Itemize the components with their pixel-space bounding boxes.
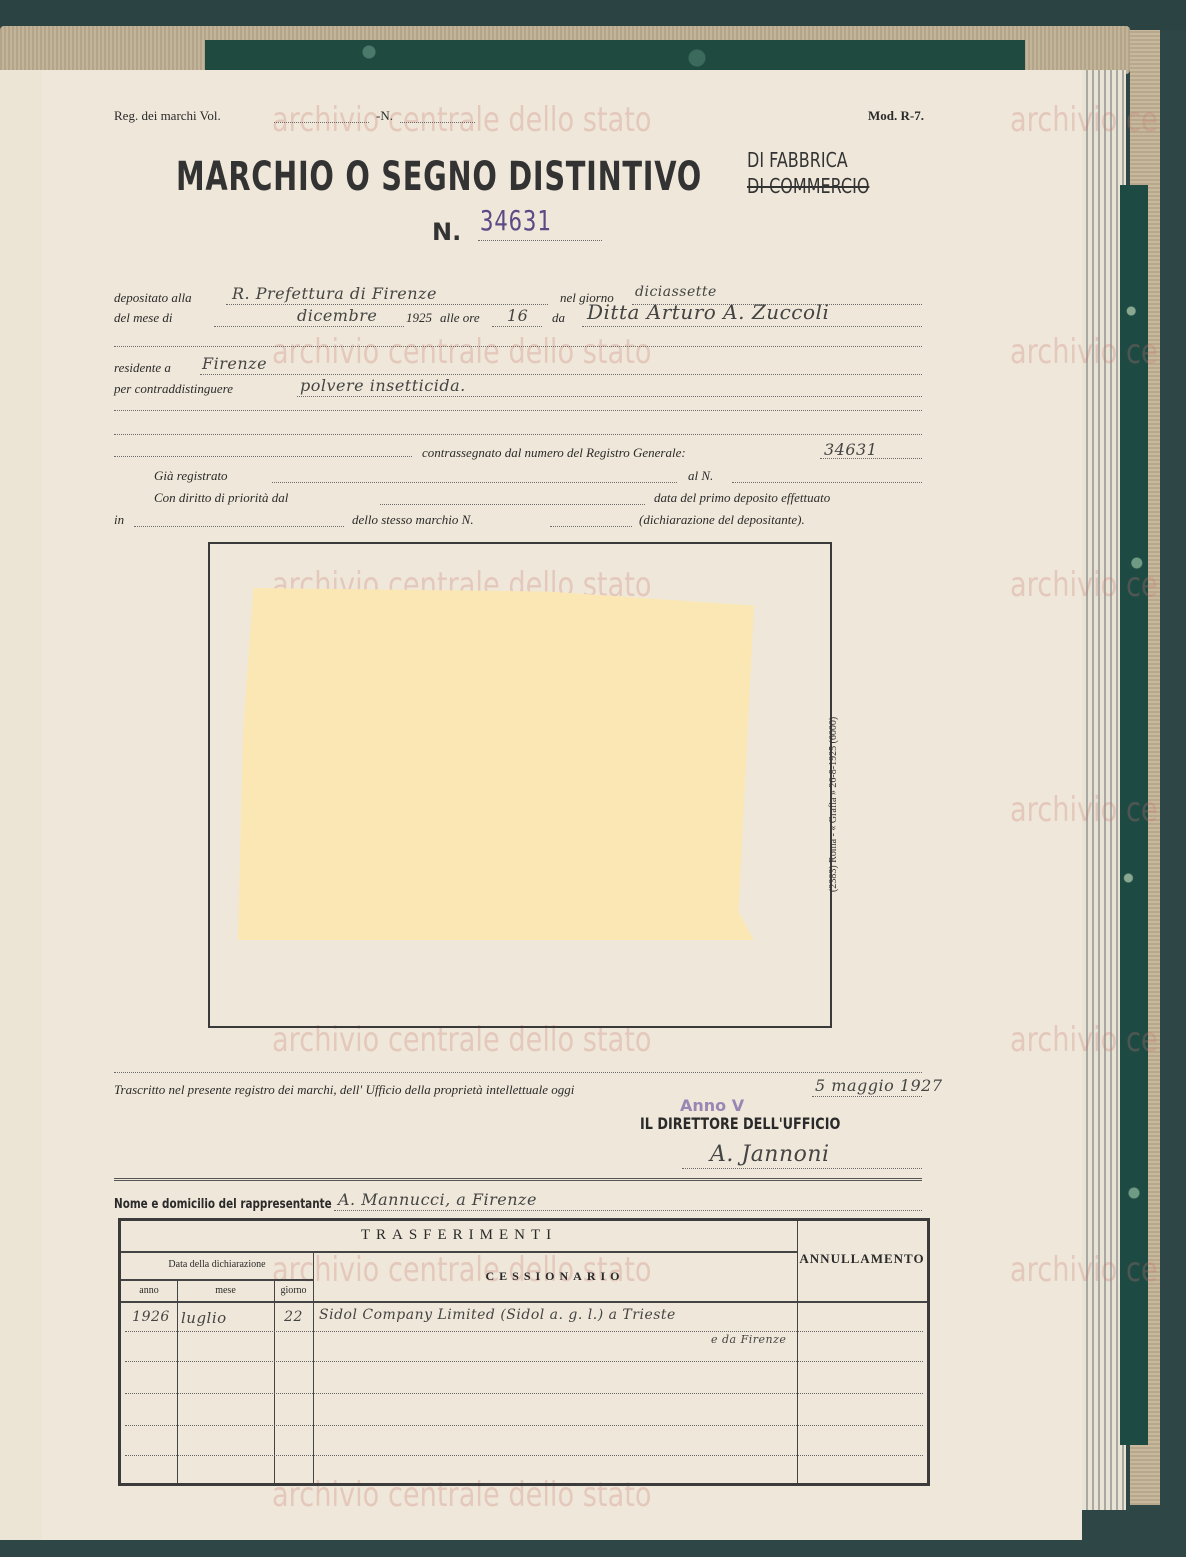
residence-label: residente a	[114, 360, 171, 376]
date-group-label: Data della dichiarazione	[121, 1259, 313, 1270]
column-anno: anno	[121, 1285, 177, 1296]
row-giorno: 22	[274, 1309, 313, 1325]
field-line	[820, 458, 922, 459]
month-label: del mese di	[114, 310, 172, 326]
row-rule	[125, 1331, 923, 1332]
purpose-value: polvere insetticida.	[300, 376, 466, 395]
watermark: archivio centrale dello stato	[272, 332, 652, 372]
field-line	[214, 326, 404, 327]
mark-number: 34631	[480, 204, 551, 237]
first-deposit-label: data del primo deposito effettuato	[654, 490, 830, 506]
general-register-number: 34631	[824, 440, 877, 459]
watermark: archivio centrale dello stato	[272, 100, 652, 140]
row-rule	[125, 1393, 923, 1394]
field-line	[226, 304, 548, 305]
priority-field	[380, 504, 645, 505]
priority-label: Con diritto di priorità dal	[154, 490, 288, 506]
hour-label: alle ore	[440, 310, 480, 326]
column-giorno: giorno	[274, 1285, 313, 1296]
field-line	[200, 374, 922, 375]
signature-line	[682, 1168, 922, 1169]
column-mese: mese	[177, 1285, 274, 1296]
field-line	[582, 326, 922, 327]
general-register-label: contrassegnato dal numero del Registro G…	[422, 445, 686, 461]
number-label: N.	[432, 218, 461, 246]
n-label: -N.	[376, 108, 393, 124]
header-bottom-rule	[121, 1301, 927, 1303]
model-code: Mod. R-7.	[868, 108, 924, 124]
column-annullamento: ANNULLAMENTO	[797, 1251, 927, 1267]
register-page: archivio centrale dello stato archivio c…	[42, 70, 1082, 1540]
same-mark-field	[550, 526, 632, 527]
al-n-label: al N.	[688, 468, 713, 484]
director-signature: A. Jannoni	[710, 1142, 830, 1167]
already-registered-field	[272, 482, 677, 483]
representative-value: A. Mannucci, a Firenze	[338, 1190, 537, 1209]
mark-number-underline	[478, 240, 602, 241]
transcription-date: 5 maggio 1927	[815, 1076, 943, 1095]
representative-label: Nome e domicilio del rappresentante	[114, 1197, 332, 1212]
row-cessionario: Sidol Company Limited (Sidol a. g. l.) a…	[319, 1307, 797, 1323]
anno-stamp: Anno V	[680, 1096, 744, 1115]
n-field	[400, 122, 475, 123]
transcription-text: Trascritto nel presente registro dei mar…	[114, 1082, 574, 1098]
row-rule	[125, 1425, 923, 1426]
field-line	[297, 396, 922, 397]
hour-value: 16	[507, 306, 528, 325]
field-line	[492, 326, 542, 327]
row-cessionario-continued: e da Firenze	[711, 1333, 786, 1346]
page-stack-edges	[1076, 70, 1126, 1510]
transfers-table: TRASFERIMENTI Data della dichiarazione a…	[118, 1218, 930, 1486]
column-cessionario: CESSIONARIO	[313, 1269, 797, 1284]
title-option-commercio: DI COMMERCIO	[747, 174, 869, 198]
in-label: in	[114, 512, 124, 528]
deposited-at-value: R. Prefettura di Firenze	[232, 284, 437, 303]
year-value: 1925	[406, 310, 432, 326]
row-anno: 1926	[125, 1309, 177, 1325]
printer-note: (2383) Roma - « Grafia » 26-8-1925 (6000…	[828, 717, 839, 892]
day-value: diciassette	[635, 284, 717, 300]
volume-field	[274, 122, 369, 123]
residence-value: Firenze	[202, 354, 267, 373]
facing-page	[0, 70, 44, 1540]
month-value: dicembre	[297, 306, 377, 325]
field-line	[114, 1072, 922, 1073]
same-mark-label: dello stesso marchio N.	[352, 512, 474, 528]
by-label: da	[552, 310, 565, 326]
mark-specimen-paper	[238, 588, 754, 940]
register-volume-label: Reg. dei marchi Vol.	[114, 108, 221, 124]
marbled-cover-top	[205, 40, 1025, 70]
purpose-label: per contraddistinguere	[114, 381, 233, 397]
depositor-value: Ditta Arturo A. Zuccoli	[587, 300, 829, 324]
page-title: MARCHIO O SEGNO DISTINTIVO	[176, 154, 702, 200]
al-n-field	[732, 482, 922, 483]
column-divider	[313, 1253, 314, 1483]
declaration-label: (dichiarazione del depositante).	[639, 512, 805, 528]
field-line	[334, 1210, 922, 1211]
field-line	[114, 434, 922, 435]
in-field	[134, 526, 344, 527]
row-rule	[125, 1361, 923, 1362]
deposited-at-label: depositato alla	[114, 290, 192, 306]
director-label: IL DIRETTORE DELL'UFFICIO	[640, 1114, 840, 1133]
field-line	[114, 410, 922, 411]
row-rule	[125, 1455, 923, 1456]
field-line	[114, 456, 412, 457]
mark-specimen-box	[208, 542, 832, 1028]
row-mese: luglio	[181, 1309, 274, 1327]
already-registered-label: Già registrato	[154, 468, 228, 484]
row-divider	[121, 1251, 797, 1253]
section-divider	[114, 1178, 922, 1181]
column-divider	[177, 1281, 178, 1483]
field-line	[812, 1096, 922, 1097]
marbled-cover-right	[1120, 185, 1148, 1445]
transfers-title: TRASFERIMENTI	[121, 1227, 797, 1244]
title-option-fabbrica: DI FABBRICA	[747, 148, 848, 172]
field-line	[114, 346, 922, 347]
row-divider	[121, 1279, 313, 1281]
